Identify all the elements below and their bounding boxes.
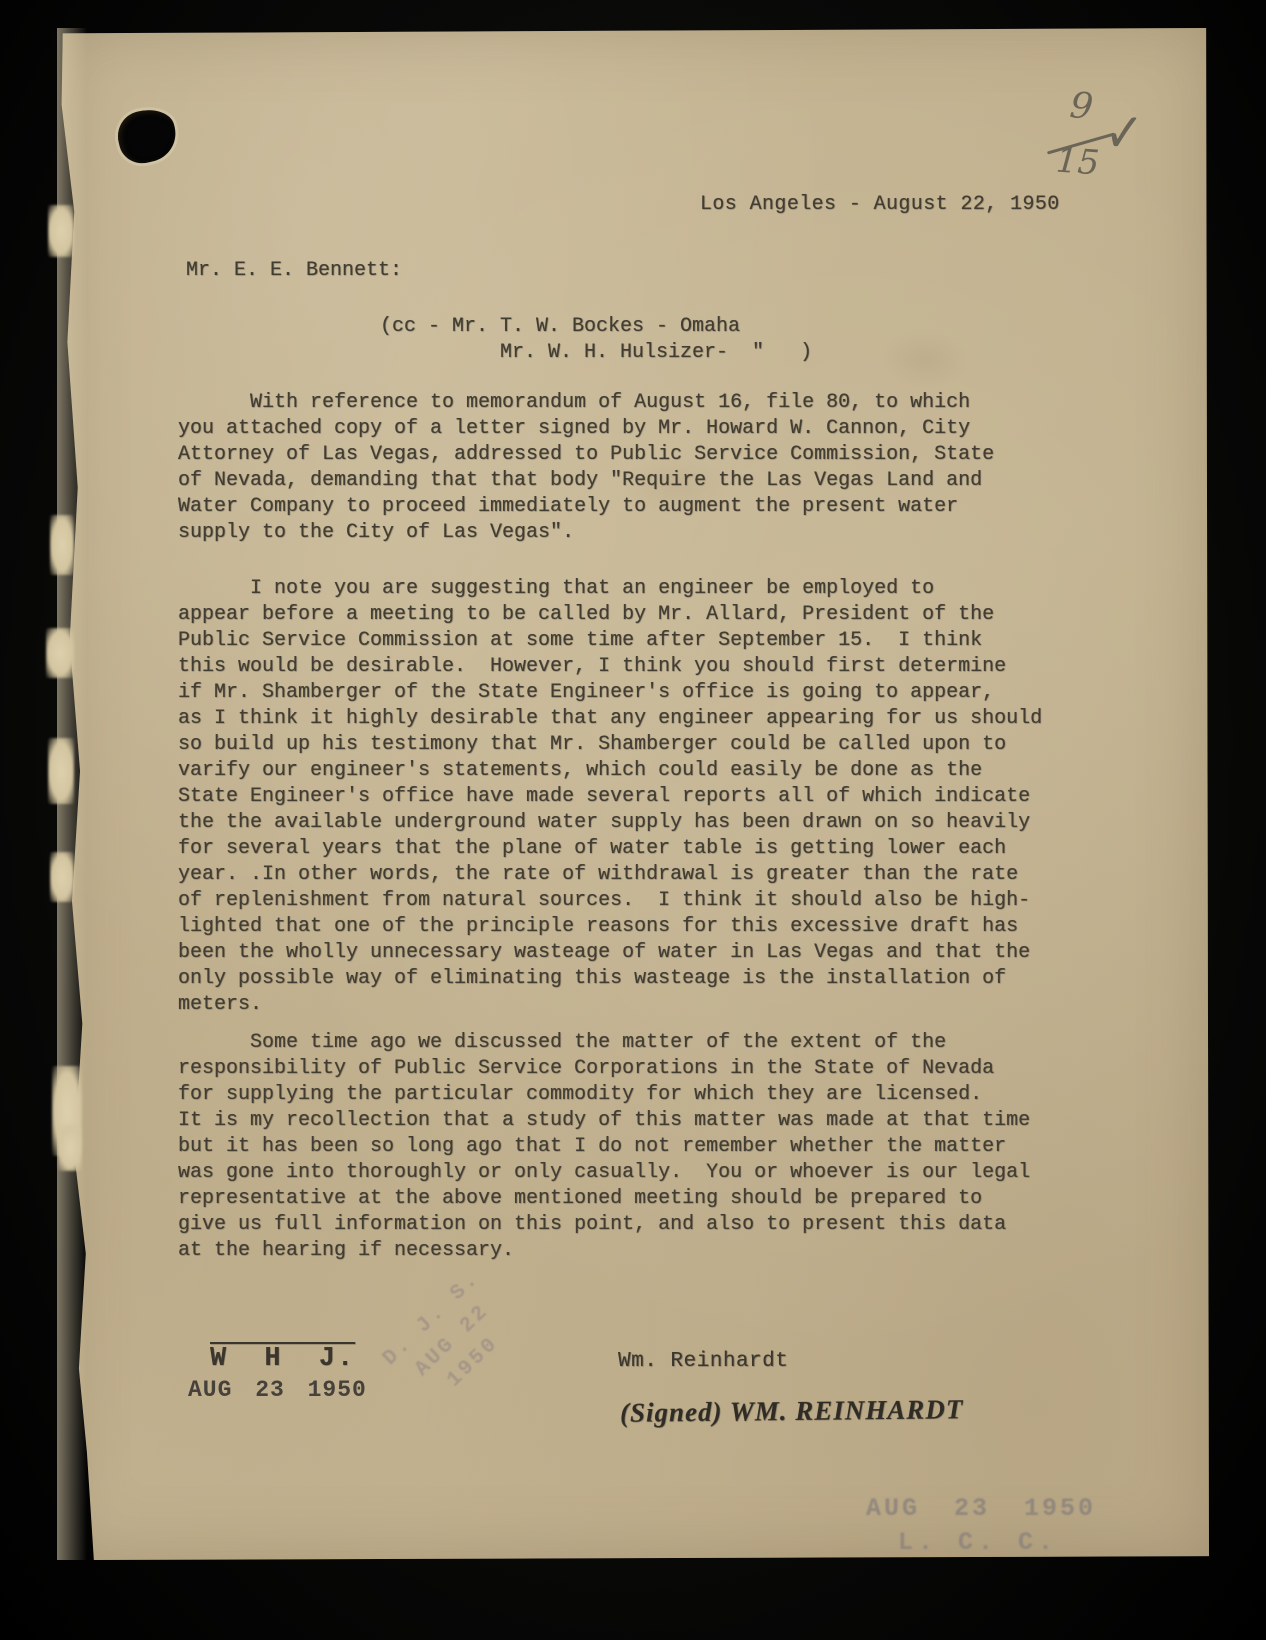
bottom-right-stamp-date: AUG 23 1950 <box>866 1494 1096 1523</box>
cc-block: (cc - Mr. T. W. Bockes - Omaha Mr. W. H.… <box>380 314 812 366</box>
torn-edge <box>48 205 74 257</box>
signature-stamp: (Signed) WM. REINHARDT <box>620 1394 964 1429</box>
handwritten-numerator: 9 <box>1068 85 1095 128</box>
received-stamp-initials: W H J. <box>210 1344 355 1374</box>
torn-edge <box>50 515 74 575</box>
paragraph-3: Some time ago we discussed the matter of… <box>178 1030 1030 1264</box>
scanned-letter-page: 9 15 ✓ Los Angeles - August 22, 1950 Mr.… <box>0 0 1266 1640</box>
received-stamp-date: AUG 23 1950 <box>188 1377 367 1403</box>
torn-edge <box>48 738 74 804</box>
checkmark-icon: ✓ <box>1106 93 1142 174</box>
paragraph-2: I note you are suggesting that an engine… <box>178 576 1042 1018</box>
bottom-right-stamp-office: L. C. C. <box>898 1528 1058 1557</box>
dateline: Los Angeles - August 22, 1950 <box>700 192 1060 218</box>
handwritten-page-number: 9 15 ✓ <box>1038 84 1188 214</box>
typed-signature: Wm. Reinhardt <box>618 1350 788 1373</box>
torn-edge <box>58 1125 82 1171</box>
recipient-line: Mr. E. E. Bennett: <box>186 258 402 284</box>
handwritten-denominator: 15 <box>1055 141 1101 184</box>
torn-edge <box>50 852 74 902</box>
paragraph-1: With reference to memorandum of August 1… <box>178 390 994 546</box>
torn-edge <box>46 628 74 678</box>
